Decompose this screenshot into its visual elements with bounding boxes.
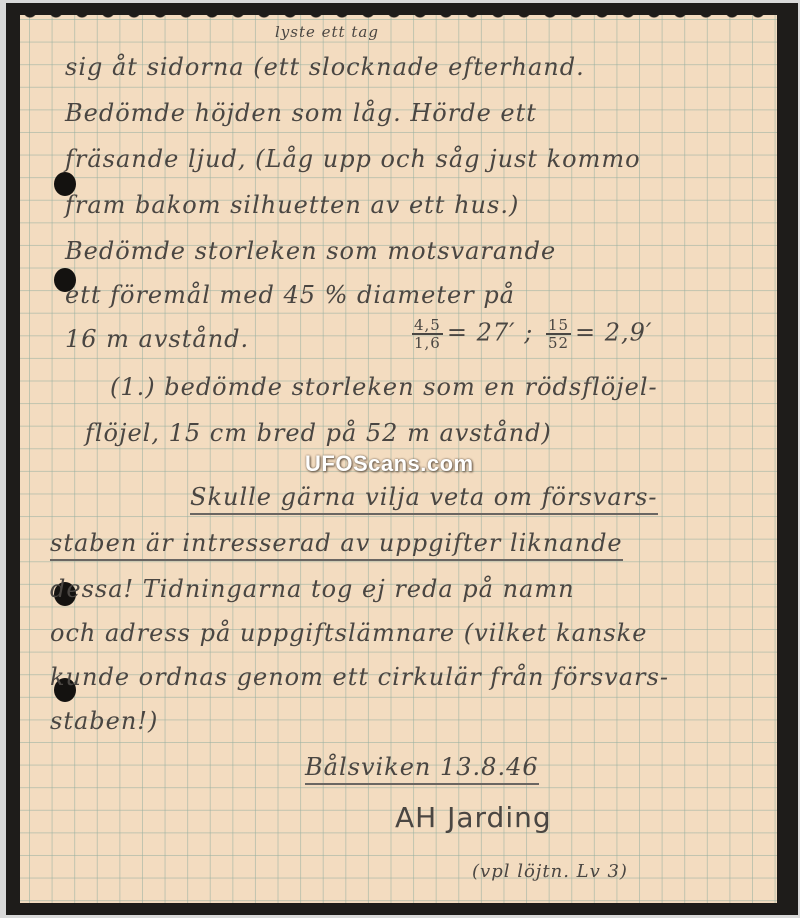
result-1: = 27′ ; <box>447 319 533 347</box>
fraction-1: 4,5 1,6 <box>412 317 443 351</box>
text-line-6: ett föremål med 45 % diameter på <box>65 281 515 309</box>
place-date: Bålsviken 13.8.46 <box>305 753 539 781</box>
request-line-5: kunde ordnas genom ett cirkulär från för… <box>50 663 669 691</box>
calculation: 4,5 1,6 = 27′ ; 15 52 = 2,9′ <box>408 317 652 351</box>
text-line-5: Bedömde storleken som motsvarande <box>65 237 556 265</box>
insertion-note: lyste ett tag <box>275 23 379 41</box>
request-line-4: och adress på uppgiftslämnare (vilket ka… <box>50 619 647 647</box>
text-line-4: fram bakom silhuetten av ett hus.) <box>65 191 519 219</box>
request-line-1: Skulle gärna vilja veta om försvars- <box>190 483 658 515</box>
signature-name: AH Jarding <box>395 801 552 834</box>
text-line-3: fräsande ljud, (Låg upp och såg just kom… <box>65 145 641 173</box>
request-line-2: staben är intresserad av uppgifter likna… <box>50 529 623 561</box>
result-2: = 2,9′ <box>575 319 652 347</box>
note-line-2: flöjel, 15 cm bred på 52 m avstånd) <box>85 419 552 447</box>
request-line-3: dessa! Tidningarna tog ej reda på namn <box>50 575 575 603</box>
text-line-1: sig åt sidorna (ett slocknade efterhand. <box>65 53 585 81</box>
watermark: UFOScans.com <box>305 451 474 477</box>
text-line-7: 16 m avstånd. <box>65 325 249 353</box>
fraction-2: 15 52 <box>546 317 571 351</box>
signature-title: (vpl löjtn. Lv 3) <box>472 861 628 882</box>
text-line-2: Bedömde höjden som låg. Hörde ett <box>65 99 537 127</box>
torn-top-edge <box>20 15 777 21</box>
note-line-1: (1.) bedömde storleken som en rödsflöjel… <box>110 373 658 401</box>
request-line-6: staben!) <box>50 707 158 735</box>
